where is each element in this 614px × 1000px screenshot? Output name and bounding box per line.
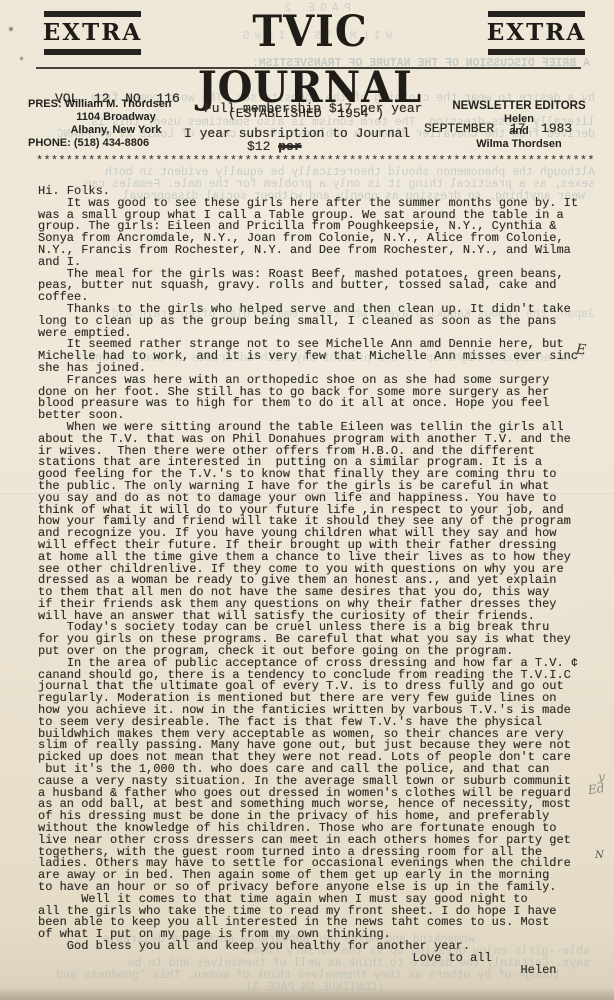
editor-name-1: Helen — [450, 113, 588, 126]
handwritten-correction-e: E — [575, 342, 587, 359]
membership-price-line: Full membership $17 per year — [204, 101, 422, 116]
letter-line: N.Y., Francis from Rochester, N.Y. and D… — [38, 245, 600, 257]
extra-right-label: EXTRA — [487, 17, 586, 49]
subscription-price: $12 per — [247, 139, 302, 154]
letter-line: Helen — [38, 965, 600, 977]
masthead-extra-right: EXTRA — [488, 11, 585, 55]
masthead: EXTRA TVIC JOURNAL EXTRA — [0, 0, 614, 70]
editors-and: and — [450, 125, 588, 138]
scanner-edge-shadow — [0, 987, 614, 1000]
struck-out-word: per — [278, 139, 301, 154]
asterisk-separator: ****************************************… — [36, 154, 596, 168]
masthead-bar-bottom-right — [488, 49, 585, 55]
president-address-block: PRES: William M. Thordsen 1104 Broadway … — [28, 98, 204, 150]
handwritten-correction-n: N — [595, 850, 604, 861]
editors-title: NEWSLETTER EDITORS — [450, 100, 588, 113]
editors-block: NEWSLETTER EDITORS Helen and Wilma Thord… — [450, 100, 588, 150]
price-value: $12 — [247, 139, 278, 154]
president-phone: PHONE: (518) 434-8806 — [28, 137, 204, 150]
scanned-newsletter-page: PAGE 2WILMA'S VIEWSA BRIEF DISCUSSION OF… — [0, 0, 614, 1000]
president-street: 1104 Broadway — [28, 111, 204, 124]
letter-line: peas, butter nut squash, gravy. rolls an… — [38, 280, 600, 292]
president-name: PRES: William M. Thordsen — [28, 98, 204, 111]
editor-name-2: Wilma Thordsen — [450, 138, 588, 151]
issue-line: VOL. 12 NO. 116 (ESTABLISHED 1954 ) SEPT… — [0, 76, 614, 92]
president-city: Albany, New York — [28, 124, 204, 137]
letter-body: Hi. Folks. It was good to see these girl… — [38, 186, 600, 976]
membership-block: Full membership $17 per year I year subs… — [0, 0, 31, 75]
handwritten-correction-ed: Ed — [587, 781, 605, 797]
extra-left-label: EXTRA — [43, 17, 142, 49]
masthead-extra-left: EXTRA — [44, 11, 141, 55]
masthead-bar-bottom-left — [44, 49, 141, 55]
masthead-rule — [36, 67, 581, 69]
